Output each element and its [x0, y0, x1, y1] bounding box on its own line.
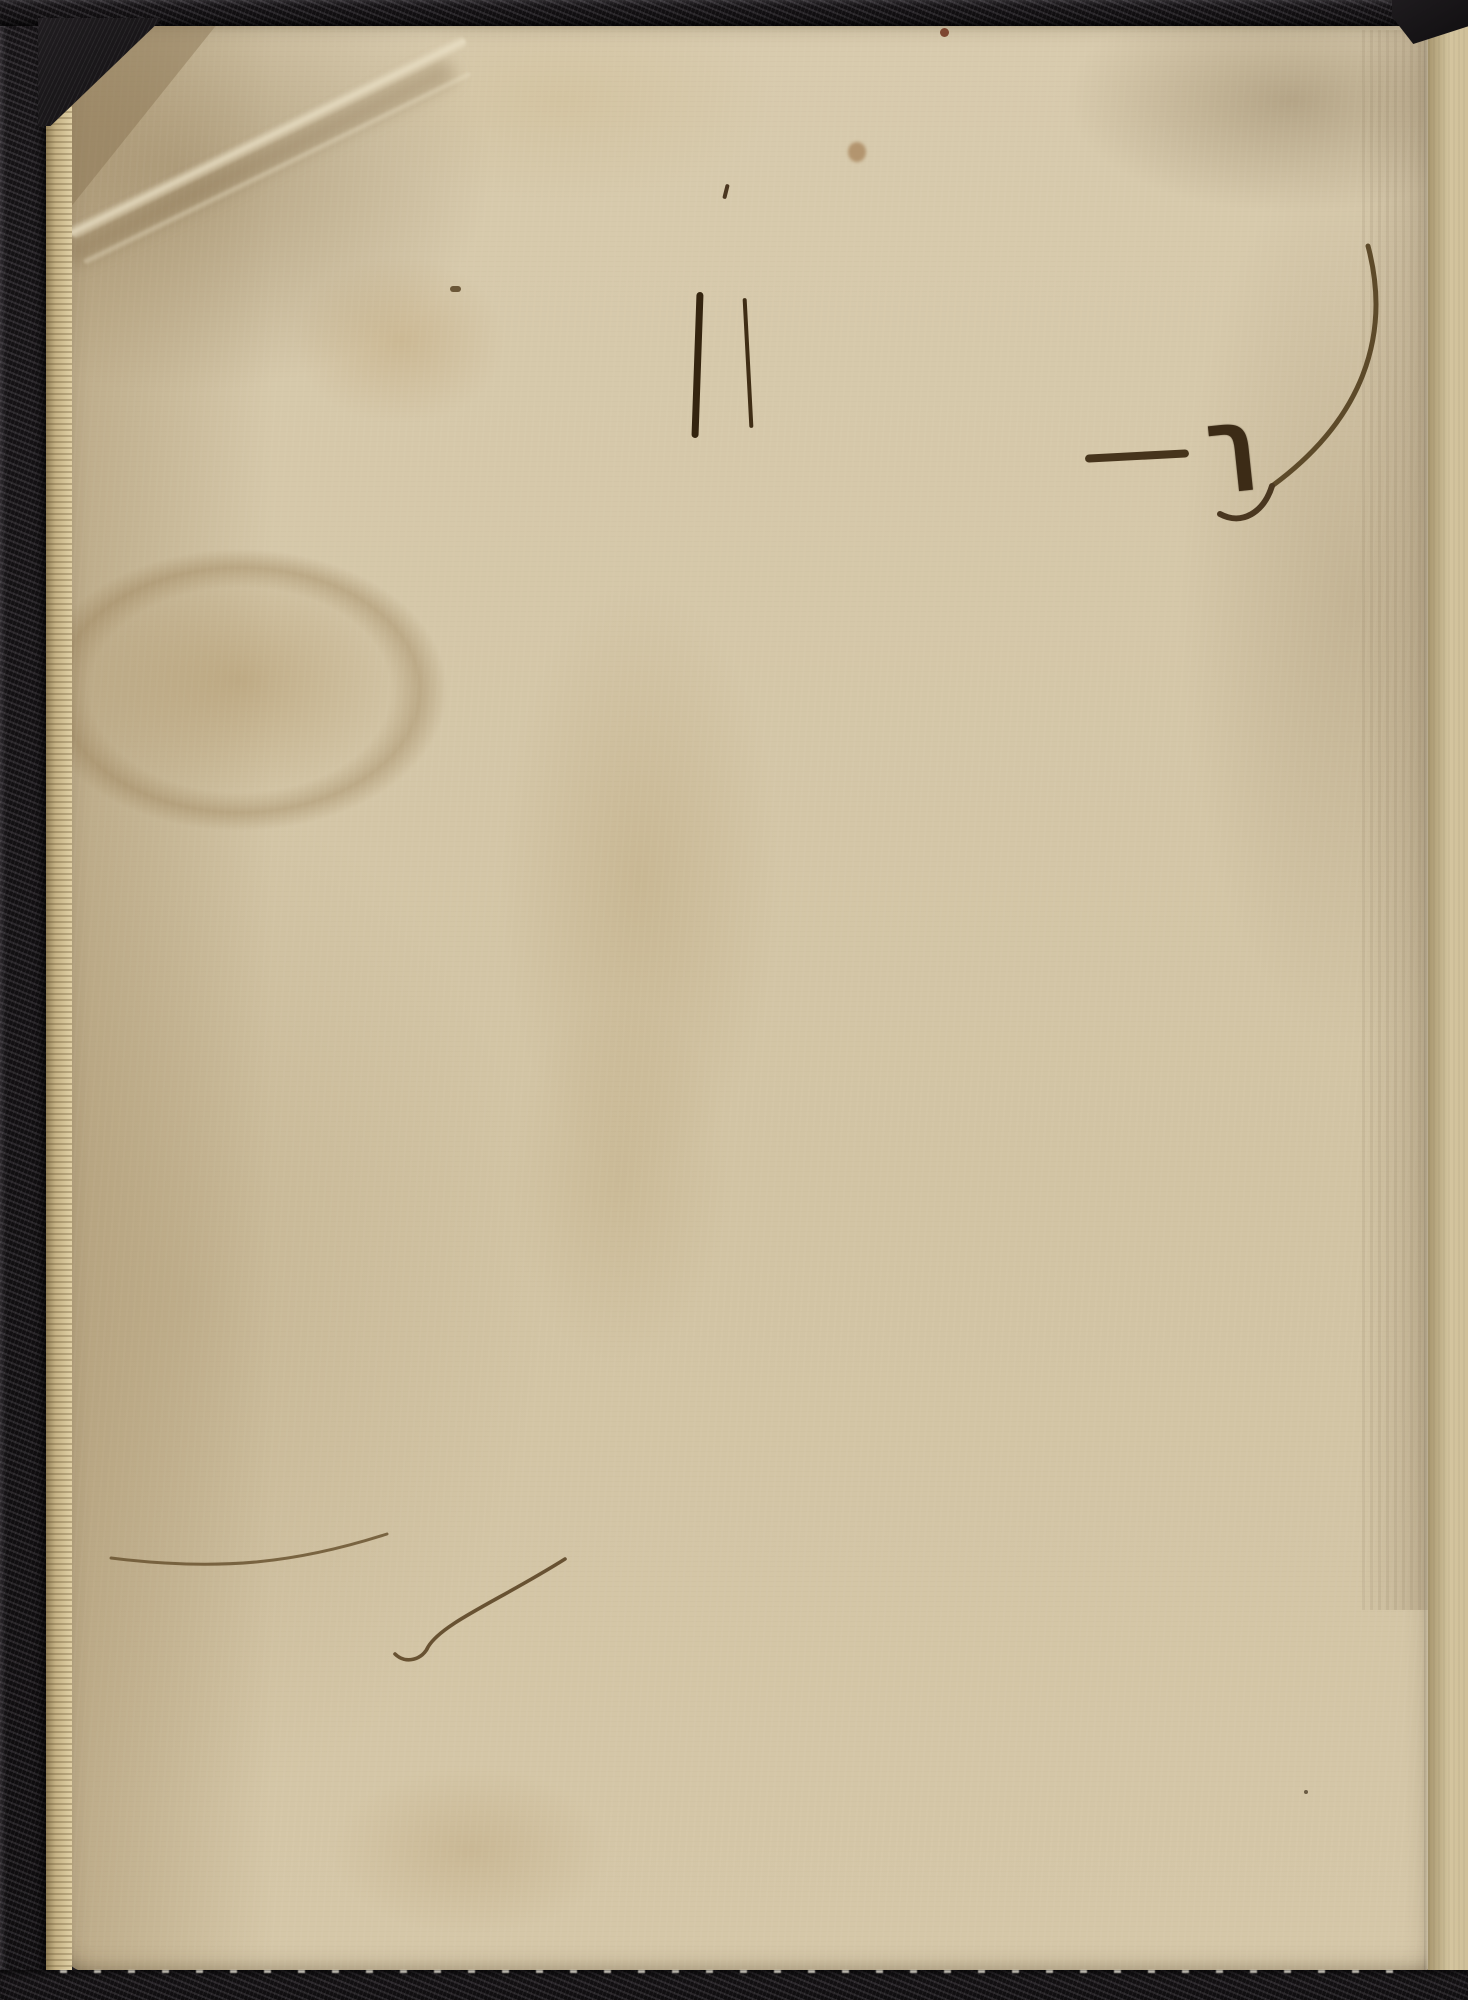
- stain-speck: [848, 142, 866, 162]
- left-swash-tail: [95, 1518, 395, 1578]
- leather-cover-left: [0, 0, 46, 2000]
- ink-speck: [940, 28, 949, 37]
- initial-letter: ך: [1201, 390, 1261, 495]
- leather-cover-top: [0, 0, 1468, 26]
- bottom-edge-highlight: [60, 1970, 1420, 1973]
- ink-tick: [450, 286, 461, 292]
- page-edge-stack: [42, 28, 72, 1973]
- ink-speck: [1304, 1790, 1308, 1794]
- manuscript-photo: טטב בקנש וכתעתן מבקלך לטבד ך חיש דבק נבק…: [0, 0, 1468, 2000]
- facing-page-edge: [1428, 0, 1468, 2000]
- descender-tail: [380, 1545, 600, 1685]
- leather-cover-bottom: [0, 1970, 1468, 2000]
